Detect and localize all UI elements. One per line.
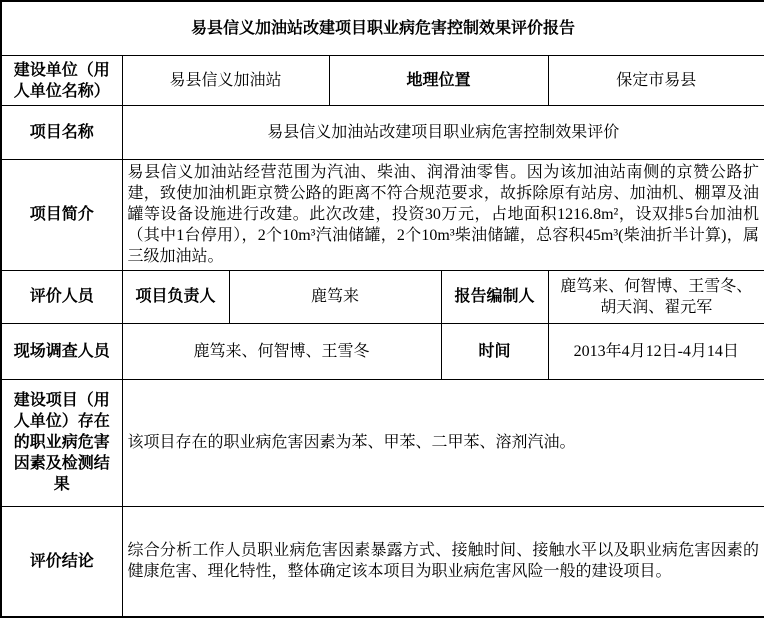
project-leader-value: 鹿笃来 (229, 270, 441, 323)
project-name-row: 项目名称 易县信义加油站改建项目职业病危害控制效果评价 (1, 106, 764, 159)
report-compilers-label: 报告编制人 (441, 270, 548, 323)
project-intro-label: 项目简介 (1, 159, 122, 270)
builder-label: 建设单位（用人单位名称） (1, 55, 122, 105)
evaluators-label: 评价人员 (1, 270, 122, 323)
report-title: 易县信义加油站改建项目职业病危害控制效果评价报告 (1, 1, 764, 55)
project-intro-row: 项目简介 易县信义加油站经营范围为汽油、柴油、润滑油零售。因为该加油站南侧的京赞… (1, 159, 764, 270)
builder-row: 建设单位（用人单位名称） 易县信义加油站 地理位置 保定市易县 (1, 55, 764, 105)
project-leader-label: 项目负责人 (122, 270, 229, 323)
survey-time-label: 时间 (441, 324, 548, 379)
project-intro-value: 易县信义加油站经营范围为汽油、柴油、润滑油零售。因为该加油站南侧的京赞公路扩建，… (122, 159, 764, 270)
evaluators-row: 评价人员 项目负责人 鹿笃来 报告编制人 鹿笃来、何智博、王雪冬、胡天润、翟元军 (1, 270, 764, 323)
hazards-row: 建设项目（用人单位）存在的职业病危害因素及检测结果 该项目存在的职业病危害因素为… (1, 379, 764, 506)
location-label: 地理位置 (329, 55, 548, 105)
builder-value: 易县信义加油站 (122, 55, 329, 105)
conclusion-label: 评价结论 (1, 506, 122, 617)
title-row: 易县信义加油站改建项目职业病危害控制效果评价报告 (1, 1, 764, 55)
project-name-value: 易县信义加油站改建项目职业病危害控制效果评价 (122, 106, 764, 159)
hazards-value: 该项目存在的职业病危害因素为苯、甲苯、二甲苯、溶剂汽油。 (122, 379, 764, 506)
conclusion-row: 评价结论 综合分析工作人员职业病危害因素暴露方式、接触时间、接触水平以及职业病危… (1, 506, 764, 617)
survey-time-value: 2013年4月12日-4月14日 (548, 324, 764, 379)
location-value: 保定市易县 (548, 55, 764, 105)
report-compilers-value: 鹿笃来、何智博、王雪冬、胡天润、翟元军 (548, 270, 764, 323)
conclusion-value: 综合分析工作人员职业病危害因素暴露方式、接触时间、接触水平以及职业病危害因素的健… (122, 506, 764, 617)
survey-staff-value: 鹿笃来、何智博、王雪冬 (122, 324, 441, 379)
evaluation-report-table: 易县信义加油站改建项目职业病危害控制效果评价报告 建设单位（用人单位名称） 易县… (0, 0, 764, 618)
project-name-label: 项目名称 (1, 106, 122, 159)
survey-staff-label: 现场调查人员 (1, 324, 122, 379)
hazards-label: 建设项目（用人单位）存在的职业病危害因素及检测结果 (1, 379, 122, 506)
survey-row: 现场调查人员 鹿笃来、何智博、王雪冬 时间 2013年4月12日-4月14日 (1, 324, 764, 379)
